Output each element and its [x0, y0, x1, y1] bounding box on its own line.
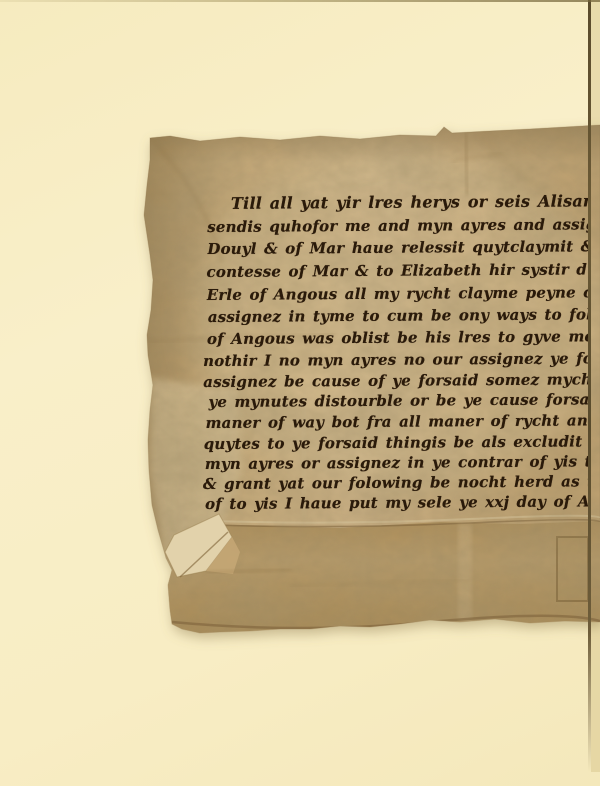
plate-top-edge — [0, 0, 600, 2]
page-gutter-line — [588, 0, 591, 772]
manuscript-line: of to yis I haue put my sele ye xxj day … — [205, 489, 590, 516]
manuscript-text-block: Till all yat yir lres herys or seis Alis… — [0, 0, 600, 786]
facsimile-plate: Till all yat yir lres herys or seis Alis… — [0, 0, 600, 786]
